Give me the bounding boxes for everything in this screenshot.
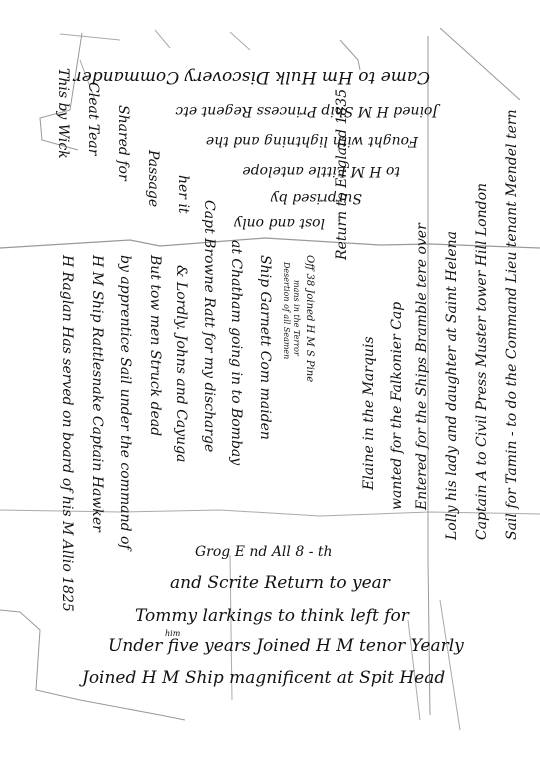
center-column-4: Off 38 Joined H M S Pine	[304, 255, 314, 382]
center-column-3: mans in the Terror	[292, 280, 300, 356]
center-column-8: Entered for the Ships Bramble tere over	[415, 223, 429, 510]
left-column-6: Capt Browne Ratt for my discharge	[202, 200, 216, 452]
inverted-line-4: to H M Little antelope	[242, 164, 400, 178]
center-column-9: Lolly his lady and daughter at Saint Hel…	[445, 231, 459, 540]
center-column-7: wanted for the Falkonier Cap	[390, 302, 404, 510]
manuscript-page: Came to Hm Hulk Discovery Commander Join…	[0, 0, 540, 774]
left-column-8: & Lordly. Johns and Cayuga	[174, 265, 188, 463]
left-column-4: Passage	[146, 150, 160, 207]
left-column-11: H M Ship Rattlesnake Captain Hawker	[90, 255, 104, 532]
left-column-9: But tow men Struck dead	[148, 255, 162, 436]
bottom-line-3: Tommy larkings to think left for	[135, 608, 409, 625]
left-column-7: at Chatham going in to Bombay	[229, 240, 243, 465]
bottom-line-5: Joined H M Ship magnificent at Spit Head	[82, 670, 445, 687]
center-column-2: Desertion of all Seamen	[282, 262, 290, 359]
bottom-line-4: Under five years Joined H M tenor Yearly	[108, 638, 464, 655]
left-column-1: This by Wick	[56, 68, 70, 159]
center-column-10: Captain A to Civil Press Muster tower Hi…	[475, 183, 489, 540]
bottom-line-2: and Scrite Return to year	[170, 575, 390, 592]
center-column-6: Elaine in the Marquis	[362, 336, 376, 490]
left-column-10: by apprentice Sail under the command of	[118, 255, 132, 550]
inverted-line-1: Came to Hm Hulk Discovery Commander	[74, 68, 430, 85]
inverted-line-6: lost and only	[234, 216, 325, 230]
inverted-line-2: Joined H M Ship Princess Regent etc	[175, 104, 438, 118]
inverted-line-3: Fought with lightning and the	[206, 134, 418, 148]
center-column-5: Return to England 1835	[335, 89, 349, 260]
left-column-3: Shared for	[116, 105, 130, 181]
left-column-2: Cleat Tear	[86, 82, 100, 155]
left-column-5: her it	[176, 175, 190, 214]
center-column-1: Ship Garnett Com maiden	[258, 255, 272, 440]
center-column-11: Sail for Tamin - to do the Command Lieu …	[505, 109, 519, 540]
bottom-line-1: Grog E nd All 8 - th	[195, 545, 333, 559]
left-column-12: H Raglan Has served on board of his M Al…	[60, 255, 74, 612]
